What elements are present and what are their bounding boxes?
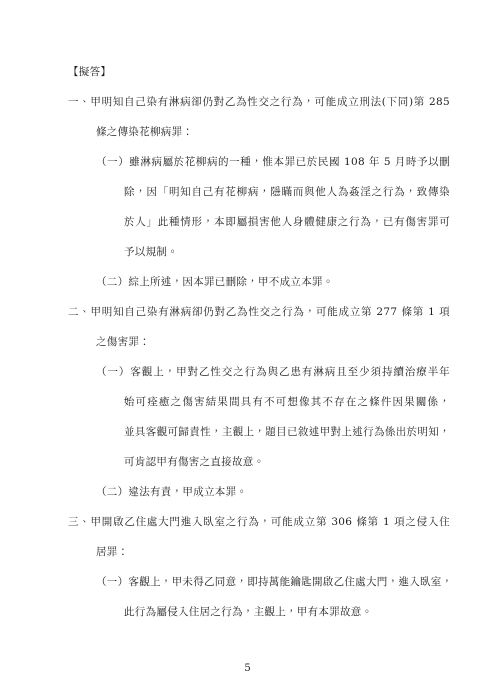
text-line: 三、甲開啟乙住處大門進入臥室之行為，可能成立第 306 條第 1 項之侵入住: [68, 507, 450, 537]
text-line: （一）客觀上，甲未得乙同意，即持萬能鑰匙開啟乙住處大門，進入臥室，: [96, 567, 450, 597]
text-line: （一）客觀上，甲對乙性交之行為與乙患有淋病且至少須持續治療半年: [96, 357, 450, 387]
text-line: 之傷害罪：: [96, 327, 450, 357]
page-number: 5: [0, 661, 495, 677]
text-line: （一）雖淋病屬於花柳病的一種，惟本罪已於民國 108 年 5 月時予以刪: [96, 147, 450, 177]
text-line: 此行為屬侵入住居之行為，主觀上，甲有本罪故意。: [124, 597, 450, 627]
text-line: 予以規制。: [124, 237, 450, 267]
text-line: （二）綜上所述，因本罪已刪除，甲不成立本罪。: [96, 267, 450, 297]
text-line: 可肯認甲有傷害之直接故意。: [124, 447, 450, 477]
text-line: 始可痊癒之傷害結果間具有不可想像其不存在之條件因果關係，: [124, 387, 450, 417]
answer-heading: 【擬答】: [68, 57, 450, 87]
text-line: 條之傳染花柳病罪：: [96, 117, 450, 147]
text-line: 一、甲明知自己染有淋病卻仍對乙為性交之行為，可能成立刑法(下同)第 285: [68, 87, 450, 117]
text-line: 除，因「明知自己有花柳病，隱瞞而與他人為姦淫之行為，致傳染: [124, 177, 450, 207]
text-line: 居罪：: [96, 537, 450, 567]
text-line: 二、甲明知自己染有淋病卻仍對乙為性交之行為，可能成立第 277 條第 1 項: [68, 297, 450, 327]
document-page: 【擬答】一、甲明知自己染有淋病卻仍對乙為性交之行為，可能成立刑法(下同)第 28…: [0, 0, 495, 700]
text-line: （二）違法有責，甲成立本罪。: [96, 477, 450, 507]
text-line: 並具客觀可歸責性，主觀上，題目已敘述甲對上述行為係出於明知，: [124, 417, 450, 447]
answer-body: 【擬答】一、甲明知自己染有淋病卻仍對乙為性交之行為，可能成立刑法(下同)第 28…: [68, 57, 450, 627]
text-line: 於人」此種情形，本即屬損害他人身體健康之行為，已有傷害罪可: [124, 207, 450, 237]
